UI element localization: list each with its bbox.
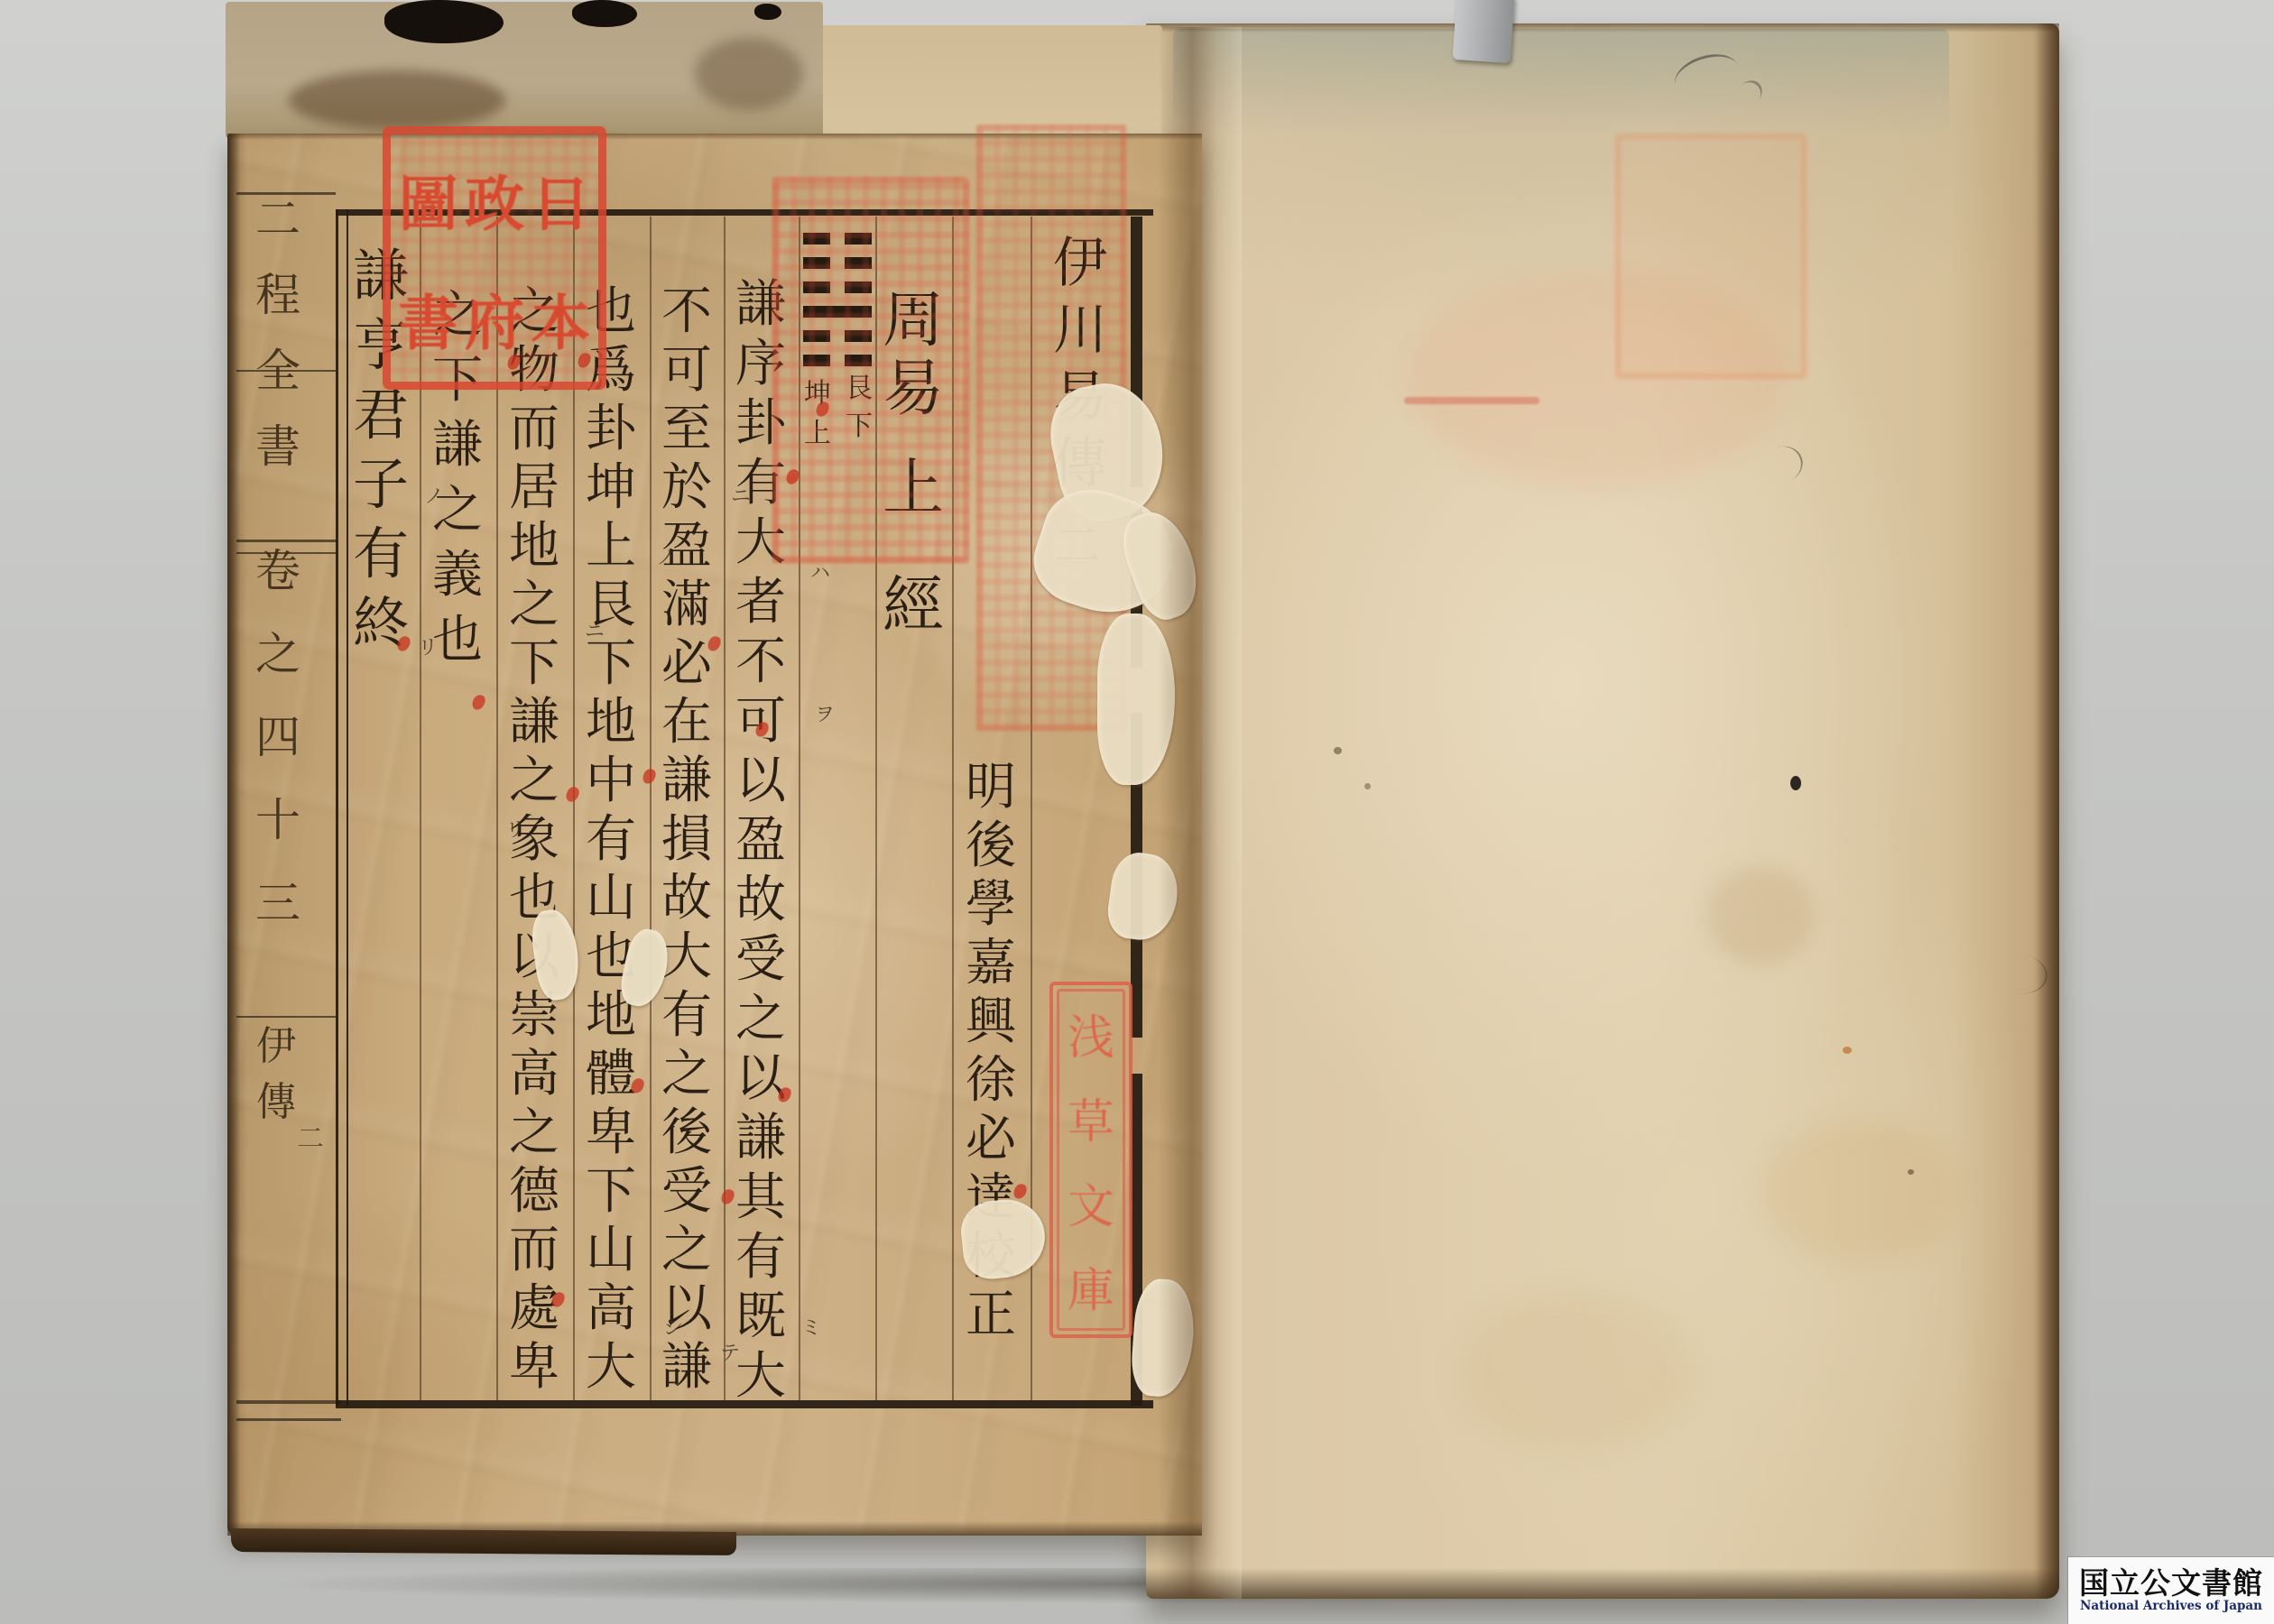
spine-fold-mark: [236, 1016, 336, 1018]
kunten-red-dot: [564, 785, 580, 803]
paper-damage-patch: [958, 1195, 1049, 1281]
kunten-red-dot: [719, 1187, 735, 1205]
kunten-katakana: ハ: [810, 564, 830, 584]
spine-volume: 卷之四十三: [255, 549, 300, 964]
institution-watermark: 国立公文書館 National Archives of Japan: [2068, 1557, 2274, 1624]
stain: [1760, 1119, 1958, 1263]
commentary-column-4: 之物而居地之下謙之象也以崇高之德而處卑: [509, 287, 559, 1401]
column-separator: [573, 217, 575, 1400]
watermark-en: National Archives of Japan: [2080, 1600, 2262, 1613]
book-scan-photo: 伊川易傳二明後學嘉興徐必達校正周易上經艮下坤上謙序卦有大者不可以盈故受之以謙其有…: [0, 0, 2274, 1624]
kunten-katakana: シ: [663, 1319, 683, 1339]
kunten-katakana: テ: [720, 1344, 740, 1364]
frame-left-inner: [347, 209, 348, 1406]
seal-ghost-square: [772, 177, 969, 563]
kunten-katakana: リ: [505, 821, 525, 841]
kunten-katakana: ニ: [585, 623, 605, 642]
seal-japan-government-library: 日本政府圖書: [383, 126, 606, 390]
column-separator: [496, 217, 498, 1400]
frame-left-outer: [336, 209, 338, 1406]
kunten-red-dot: [641, 767, 657, 785]
kunten-katakana: ニ: [742, 938, 762, 958]
stain: [1462, 1290, 1696, 1453]
spine-fold-mark: [236, 540, 337, 542]
commentary-column-3: 也爲卦坤上艮下地中有山也地體卑下山高大: [586, 287, 636, 1401]
spine-fold-mark: [236, 1418, 341, 1421]
kunten-red-dot: [470, 693, 486, 711]
print-layer: 伊川易傳二明後學嘉興徐必達校正周易上經艮下坤上謙序卦有大者不可以盈故受之以謙其有…: [0, 0, 2274, 1624]
seal-asakusa-bunko: 浅草文庫: [1049, 982, 1132, 1338]
kunten-katakana: ヲ: [815, 706, 835, 725]
column-separator: [420, 217, 421, 1400]
kunten-katakana: ノ: [656, 549, 676, 568]
kunten-katakana: ノ: [424, 487, 444, 507]
watermark-jp: 国立公文書館: [2079, 1568, 2263, 1600]
spine-leaf-number: 二: [297, 1126, 324, 1153]
spine-fold-mark: [236, 1400, 341, 1404]
kunten-katakana: リ: [418, 639, 438, 659]
seal-offset-haze: [1408, 271, 1787, 487]
kunten-katakana: ミ: [801, 1319, 821, 1339]
stain: [1705, 866, 1814, 965]
spine-book-title: 二程全書: [255, 197, 300, 500]
spine-section: 伊傳: [256, 1027, 296, 1139]
column-separator: [724, 217, 726, 1400]
commentary-column-2: 不可至於盈滿必在謙損故大有之後受之以謙: [661, 287, 712, 1401]
ink-spot: [1790, 776, 1801, 790]
center-fold-gutter: [1159, 27, 1242, 1599]
rust-fleck: [1843, 1047, 1852, 1054]
red-offset-line: [1404, 397, 1539, 404]
kunten-katakana: ニ: [731, 487, 751, 507]
column-separator: [650, 217, 652, 1400]
